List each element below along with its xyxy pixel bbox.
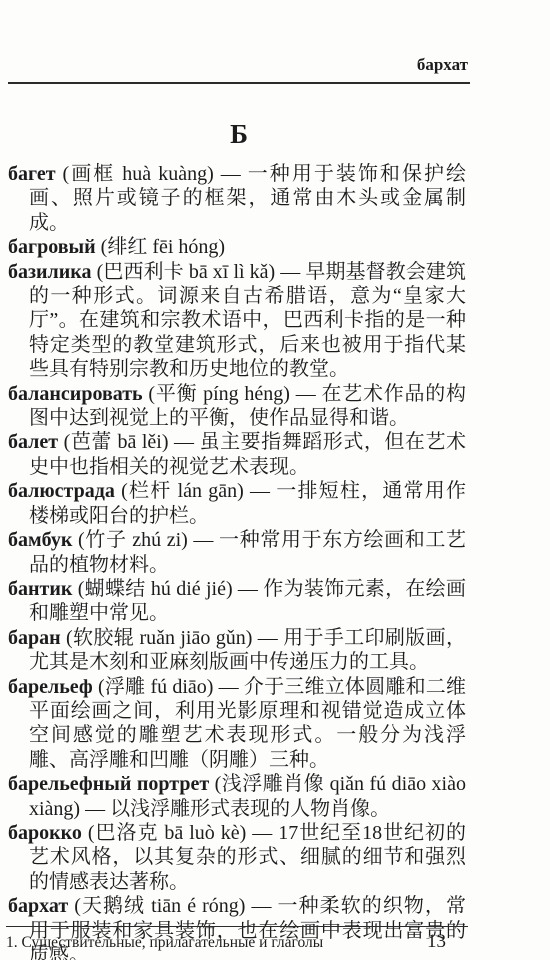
dictionary-entry: бамбук (竹子 zhú zi) — 一种常用于东方绘画和工艺品的植物材料。 xyxy=(8,528,466,577)
entry-definition: (巴西利卡 bā xī lì kǎ) — 早期基督教会建筑的一种形式。词源来自古… xyxy=(29,261,466,381)
entry-definition: (软胶辊 ruǎn jiāo gǔn) — 用于手工印刷版画，尤其是木刻和亚麻刻… xyxy=(29,627,466,673)
dictionary-entry: базилика (巴西利卡 bā xī lì kǎ) — 早期基督教会建筑的一… xyxy=(8,260,466,382)
entry-definition: (蝴蝶结 hú dié jié) — 作为装饰元素，在绘画和雕塑中常见。 xyxy=(29,578,466,624)
page-footer: 1. Существительные, прилагательные и гла… xyxy=(6,926,468,953)
dictionary-entry: барокко (巴洛克 bā luò kè) — 17世纪至18世纪初的艺术风… xyxy=(8,821,466,894)
entry-headword: балет xyxy=(8,431,58,453)
entry-headword: бамбук xyxy=(8,529,72,551)
entry-definition: (画框 huà kuàng) — 一种用于装饰和保护绘画、照片或镜子的框架，通常… xyxy=(29,163,466,234)
dictionary-entry: бантик (蝴蝶结 hú dié jié) — 作为装饰元素，在绘画和雕塑中… xyxy=(8,577,466,626)
dictionary-entry: балансировать (平衡 píng héng) — 在艺术作品的构图中… xyxy=(8,382,466,431)
dictionary-entry: баран (软胶辊 ruǎn jiāo gǔn) — 用于手工印刷版画，尤其是… xyxy=(8,626,466,675)
entry-definition: (芭蕾 bā lěi) — 虽主要指舞蹈形式，但在艺术史中也指相关的视觉艺术表现… xyxy=(29,431,466,477)
entry-headword: бархат xyxy=(8,895,68,917)
entry-headword: базилика xyxy=(8,261,92,283)
dictionary-entry: балет (芭蕾 bā lěi) — 虽主要指舞蹈形式，但在艺术史中也指相关的… xyxy=(8,430,466,479)
entry-headword: барельефный портрет xyxy=(8,773,209,795)
entry-headword: барокко xyxy=(8,822,82,844)
entry-headword: бантик xyxy=(8,578,72,600)
entry-headword: балюстрада xyxy=(8,480,115,502)
entry-definition: (巴洛克 bā luò kè) — 17世纪至18世纪初的艺术风格，以其复杂的形… xyxy=(29,822,466,893)
dictionary-entry: багет (画框 huà kuàng) — 一种用于装饰和保护绘画、照片或镜子… xyxy=(8,162,466,235)
page-number: 13 xyxy=(427,931,468,953)
page-header: бархат xyxy=(8,55,470,84)
entry-definition: (浮雕 fú diāo) — 介于三维立体圆雕和二维平面绘画之间，利用光影原理和… xyxy=(29,676,466,771)
dictionary-entry: балюстрада (栏杆 lán gān) — 一排短柱，通常用作楼梯或阳台… xyxy=(8,479,466,528)
dictionary-page: бархат Б багет (画框 huà kuàng) — 一种用于装饰和保… xyxy=(0,0,550,960)
header-divider xyxy=(8,82,470,84)
entry-headword: багет xyxy=(8,163,56,185)
entry-headword: багровый xyxy=(8,236,96,258)
footer-section-label: 1. Существительные, прилагательные и гла… xyxy=(6,934,323,952)
dictionary-entry: барельефный портрет (浅浮雕肖像 qiǎn fú diāo … xyxy=(8,772,466,821)
running-head: бархат xyxy=(8,55,470,75)
footer-row: 1. Существительные, прилагательные и гла… xyxy=(6,931,468,953)
section-letter: Б xyxy=(8,120,470,148)
entry-definition: (竹子 zhú zi) — 一种常用于东方绘画和工艺品的植物材料。 xyxy=(29,529,466,575)
dictionary-entry: барельеф (浮雕 fú diāo) — 介于三维立体圆雕和二维平面绘画之… xyxy=(8,675,466,773)
entry-headword: баран xyxy=(8,627,61,649)
entries-list: багет (画框 huà kuàng) — 一种用于装饰和保护绘画、照片或镜子… xyxy=(8,162,466,960)
entry-definition: (绯红 fēi hóng) xyxy=(96,236,225,258)
dictionary-entry: багровый (绯红 fēi hóng) xyxy=(8,235,466,259)
entry-headword: балансировать xyxy=(8,383,143,405)
entry-headword: барельеф xyxy=(8,676,93,698)
footer-divider xyxy=(6,926,468,927)
